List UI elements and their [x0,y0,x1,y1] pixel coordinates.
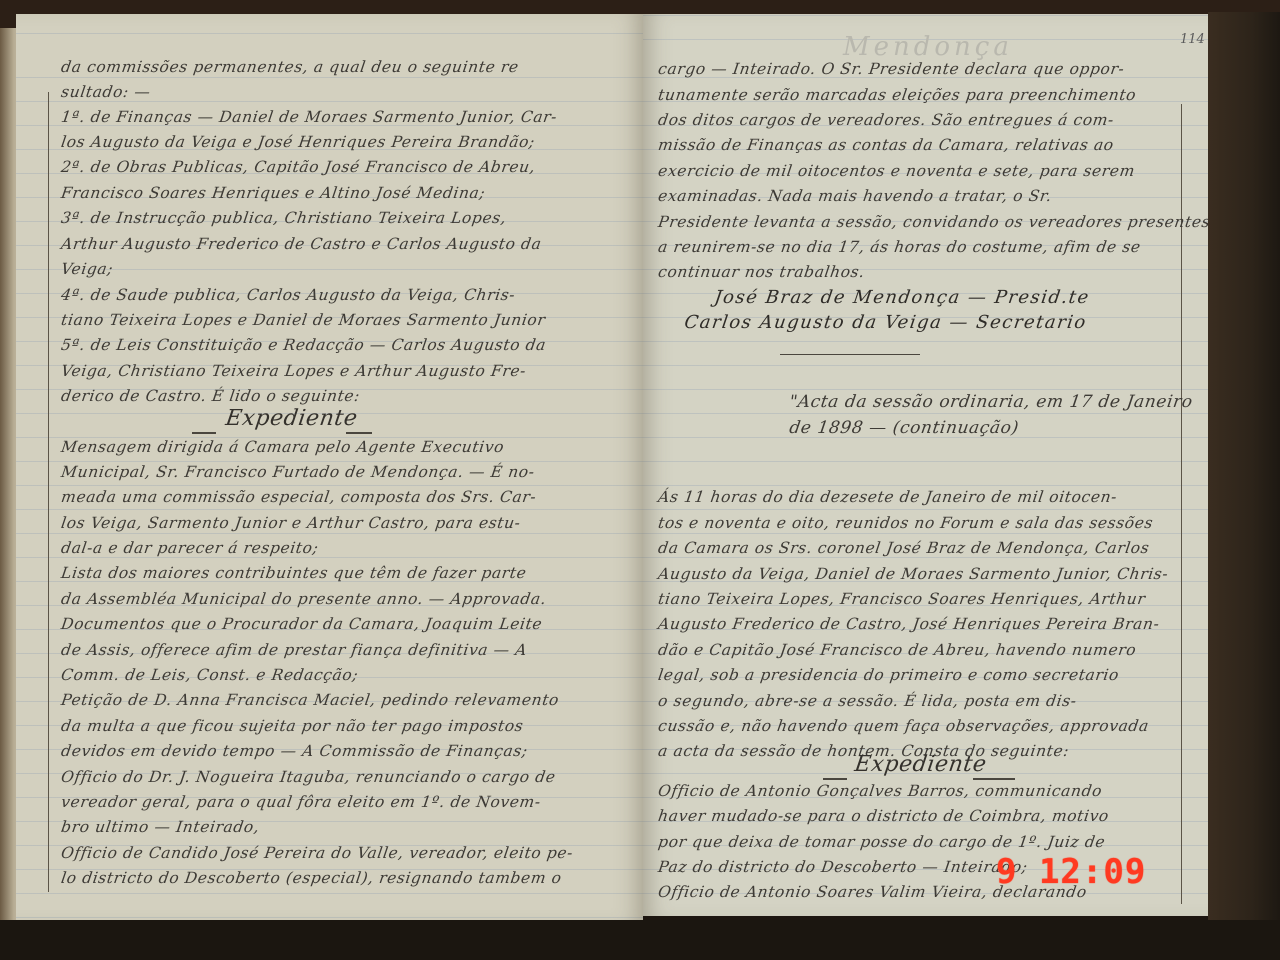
handwritten-line: 4ª. de Saude publica, Carlos Augusto da … [60,286,516,304]
handwritten-line: haver mudado-se para o districto de Coim… [657,807,1110,825]
heading-rule-left [192,432,216,434]
handwritten-line: Augusto da Veiga, Daniel de Moraes Sarme… [657,565,1169,583]
handwritten-line: meada uma commissão especial, composta d… [60,488,538,506]
handwritten-line: Comm. de Leis, Const. e Redacção; [60,666,359,684]
handwritten-line: tiano Teixeira Lopes, Francisco Soares H… [657,590,1147,608]
left-margin-rule [48,92,49,892]
handwritten-line: tos e noventa e oito, reunidos no Forum … [657,514,1154,532]
handwritten-line: Augusto Frederico de Castro, José Henriq… [657,615,1161,633]
handwritten-line: continuar nos trabalhos. [657,263,866,281]
handwritten-line: a reunirem-se no dia 17, ás horas do cos… [657,238,1142,256]
handwritten-line: da multa a que ficou sujeita por não ter… [60,717,525,735]
section-heading-expediente: Expediente [853,752,988,777]
handwritten-line: Veiga, Christiano Teixeira Lopes e Arthu… [60,362,527,380]
section-heading-expediente: Expediente [224,406,359,431]
handwritten-line: los Augusto da Veiga e José Henriques Pe… [60,133,536,151]
signature-president: José Braz de Mendonça — Presid.te [713,287,1091,308]
handwritten-line: por que deixa de tomar posse do cargo de… [657,833,1106,851]
handwritten-line: cargo — Inteirado. O Sr. Presidente decl… [657,60,1126,78]
handwritten-line: devidos em devido tempo — A Commissão de… [60,742,529,760]
handwritten-line: tiano Teixeira Lopes e Daniel de Moraes … [60,311,547,329]
right-page: Mendonça 114 cargo — Inteirado. O Sr. Pr… [643,14,1208,916]
handwritten-line: 1ª. de Finanças — Daniel de Moraes Sarme… [60,108,558,126]
handwritten-line: Arthur Augusto Frederico de Castro e Car… [60,235,543,253]
handwritten-line: da Camara os Srs. coronel José Braz de M… [657,539,1151,557]
act-title-line: de 1898 — (continuação) [788,418,1020,438]
handwritten-line: examinadas. Nada mais havendo a tratar, … [657,187,1053,205]
handwritten-line: bro ultimo — Inteirado, [60,818,261,836]
heading-rule-right [973,778,1015,780]
handwritten-line: Petição de D. Anna Francisca Maciel, ped… [60,691,560,709]
handwritten-line: los Veiga, Sarmento Junior e Arthur Cast… [60,514,522,532]
handwritten-line: Mensagem dirigida á Camara pelo Agente E… [60,438,505,456]
heading-rule-left [823,778,847,780]
handwritten-line: Documentos que o Procurador da Camara, J… [60,615,544,633]
handwritten-line: Paz do districto do Descoberto — Inteira… [657,858,1029,876]
handwritten-line: da commissões permanentes, a qual deu o … [60,58,520,76]
handwritten-line: 3ª. de Instrucção publica, Christiano Te… [60,209,508,227]
handwritten-line: 2ª. de Obras Publicas, Capitão José Fran… [60,158,537,176]
handwritten-line: dão e Capitão José Francisco de Abreu, h… [657,641,1138,659]
handwritten-line: Presidente levanta a sessão, convidando … [657,213,1217,231]
handwritten-line: dos ditos cargos de vereadores. São entr… [657,111,1115,129]
handwritten-line: Lista dos maiores contribuintes que têm … [60,564,528,582]
act-title-line: "Acta da sessão ordinaria, em 17 de Jane… [788,392,1194,412]
handwritten-line: 5ª. de Leis Constituição e Redacção — Ca… [60,336,547,354]
handwritten-line: Veiga; [60,260,114,278]
handwritten-line: Municipal, Sr. Francisco Furtado de Mend… [60,463,536,481]
signature-secretary: Carlos Augusto da Veiga — Secretario [683,312,1088,333]
handwritten-line: exercicio de mil oitocentos e noventa e … [657,162,1136,180]
handwritten-line: Officio do Dr. J. Nogueira Itaguba, renu… [60,768,557,786]
heading-rule-right [346,432,372,434]
handwritten-line: sultado: — [60,83,152,101]
ledger-book-photo: da commissões permanentes, a qual deu o … [0,0,1280,960]
handwritten-line: tunamente serão marcadas eleições para p… [657,86,1137,104]
left-page: da commissões permanentes, a qual deu o … [16,14,643,922]
handwritten-line: derico de Castro. É lido o seguinte: [60,387,361,405]
handwritten-line: Officio de Antonio Gonçalves Barros, com… [657,782,1103,800]
page-number: 114 [1180,32,1205,47]
handwritten-line: legal, sob a presidencia do primeiro e c… [657,666,1120,684]
handwritten-line: de Assis, offerece afim de prestar fianç… [60,641,528,659]
camera-timestamp-overlay: 9 12:09 [996,852,1146,892]
handwritten-line: Ás 11 horas do dia dezesete de Janeiro d… [657,488,1118,506]
handwritten-line: o segundo, abre-se a sessão. É lida, pos… [657,692,1078,710]
handwritten-line: cussão e, não havendo quem faça observaç… [657,717,1150,735]
page-header-watermark: Mendonça [843,32,1013,62]
handwritten-line: Francisco Soares Henriques e Altino José… [60,184,487,202]
handwritten-line: Officio de Candido José Pereira do Valle… [60,844,574,862]
handwritten-line: dal-a e dar parecer á respeito; [60,539,320,557]
handwritten-line: missão de Finanças as contas da Camara, … [657,136,1115,154]
signature-underline [780,354,920,355]
book-cover-edge-right [1208,12,1280,932]
book-bottom-shadow [0,920,1280,960]
handwritten-line: da Assembléa Municipal do presente anno.… [60,590,548,608]
handwritten-line: vereador geral, para o qual fôra eleito … [60,793,542,811]
handwritten-line: lo districto do Descoberto (especial), r… [60,869,563,887]
